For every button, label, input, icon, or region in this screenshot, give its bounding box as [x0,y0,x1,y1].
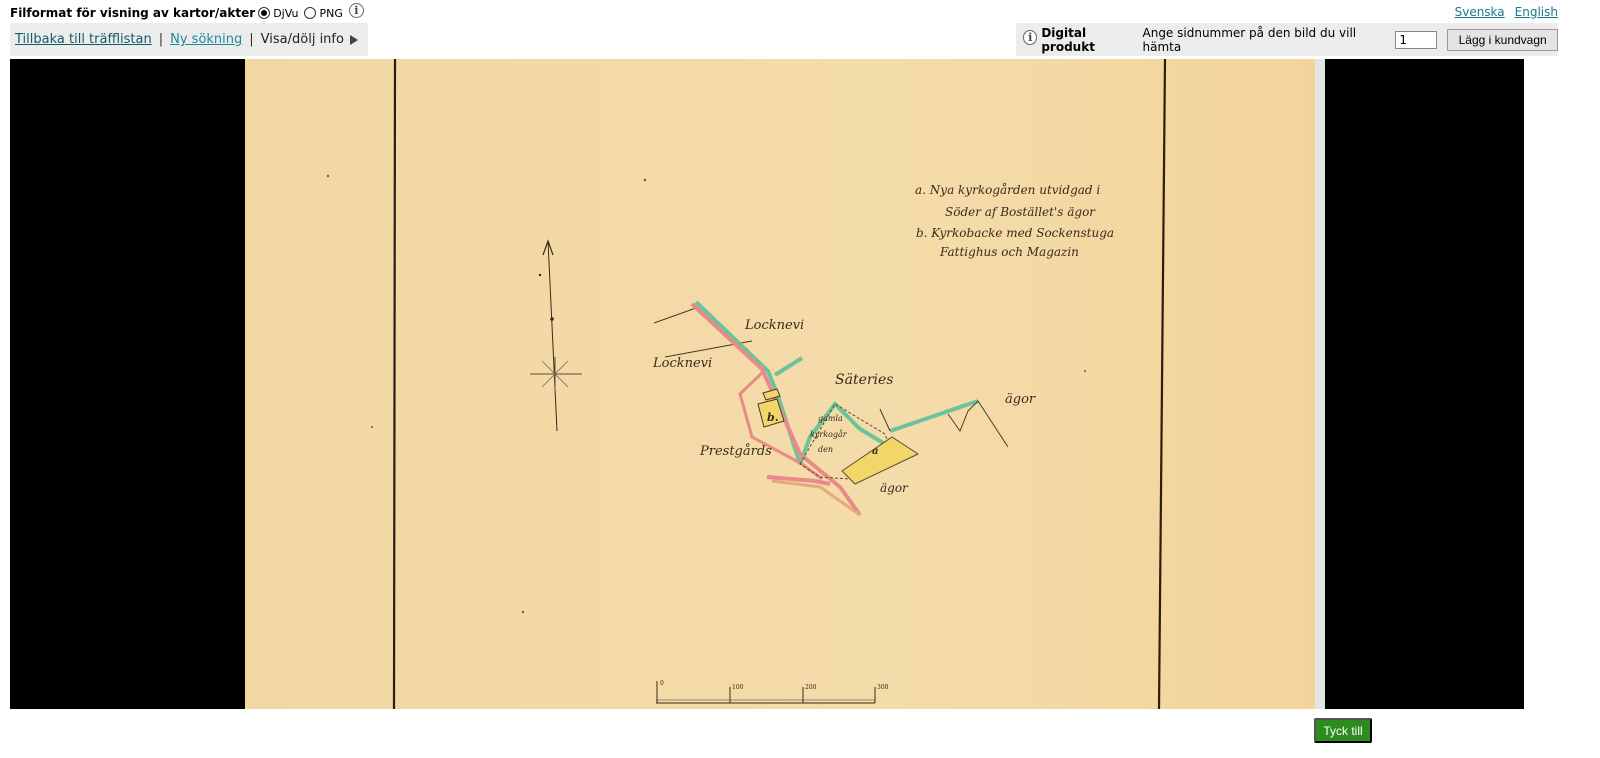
toggle-info-button[interactable]: Visa/dölj info [261,32,358,47]
svg-text:a. Nya kyrkogården utvidgad i: a. Nya kyrkogården utvidgad i [915,182,1100,197]
svg-text:a: a [872,446,878,457]
map-viewer[interactable]: Locknevi Locknevi Säteries Prestgårds äg… [10,59,1524,709]
product-instruction: Ange sidnummer på den bild du vill hämta [1143,26,1386,54]
svg-text:Säteries: Säteries [835,372,894,388]
separator: | [159,32,163,47]
radio-png[interactable] [304,7,316,19]
radio-djvu[interactable] [258,7,270,19]
radio-djvu-label[interactable]: DjVu [273,7,298,20]
navigation-bar: Tillbaka till träfflistan | Ny sökning |… [10,23,368,56]
product-title: Digital produkt [1041,26,1138,54]
svg-text:300: 300 [877,684,889,691]
triangle-right-icon [350,35,358,45]
svg-text:b. Kyrkobacke med Sockenstuga: b. Kyrkobacke med Sockenstuga [916,226,1114,240]
language-svenska-link[interactable]: Svenska [1455,5,1505,19]
svg-text:b.: b. [767,411,779,424]
language-switcher: Svenska English [1455,5,1558,19]
radio-png-label[interactable]: PNG [319,7,342,20]
svg-text:Söder af Bostället's ägor: Söder af Bostället's ägor [945,205,1096,219]
svg-text:Prestgårds: Prestgårds [699,443,772,459]
compass-rose-icon [530,241,582,431]
separator: | [249,32,253,47]
language-english-link[interactable]: English [1515,5,1558,19]
digital-product-bar: i Digital produkt Ange sidnummer på den … [1016,23,1558,56]
feedback-button[interactable]: Tyck till [1314,718,1372,743]
file-format-label: Filformat för visning av kartor/akter [10,6,255,20]
file-format-selector: Filformat för visning av kartor/akter Dj… [10,3,364,23]
info-icon[interactable]: i [1023,30,1037,45]
svg-text:ägor: ägor [880,481,909,495]
new-search-link[interactable]: Ny sökning [170,32,242,47]
map-drawing: Locknevi Locknevi Säteries Prestgårds äg… [10,59,1524,709]
svg-text:0: 0 [660,680,664,687]
svg-text:200: 200 [805,684,817,691]
svg-text:Fattighus och Magazin: Fattighus och Magazin [939,245,1079,259]
scale-bar: 0 100 200 300 [656,680,889,703]
svg-text:ägor: ägor [1005,392,1036,407]
info-icon[interactable]: i [349,3,364,18]
svg-text:kyrkogår: kyrkogår [810,430,848,439]
add-to-cart-button[interactable]: Lägg i kundvagn [1447,29,1558,51]
svg-text:Locknevi: Locknevi [652,356,712,371]
svg-text:Locknevi: Locknevi [744,318,804,333]
page-number-input[interactable] [1395,31,1437,49]
svg-text:100: 100 [732,684,744,691]
back-to-results-link[interactable]: Tillbaka till träfflistan [15,32,152,47]
svg-text:gamla: gamla [818,414,843,423]
svg-text:den: den [818,445,833,454]
toggle-info-label: Visa/dölj info [261,32,344,47]
